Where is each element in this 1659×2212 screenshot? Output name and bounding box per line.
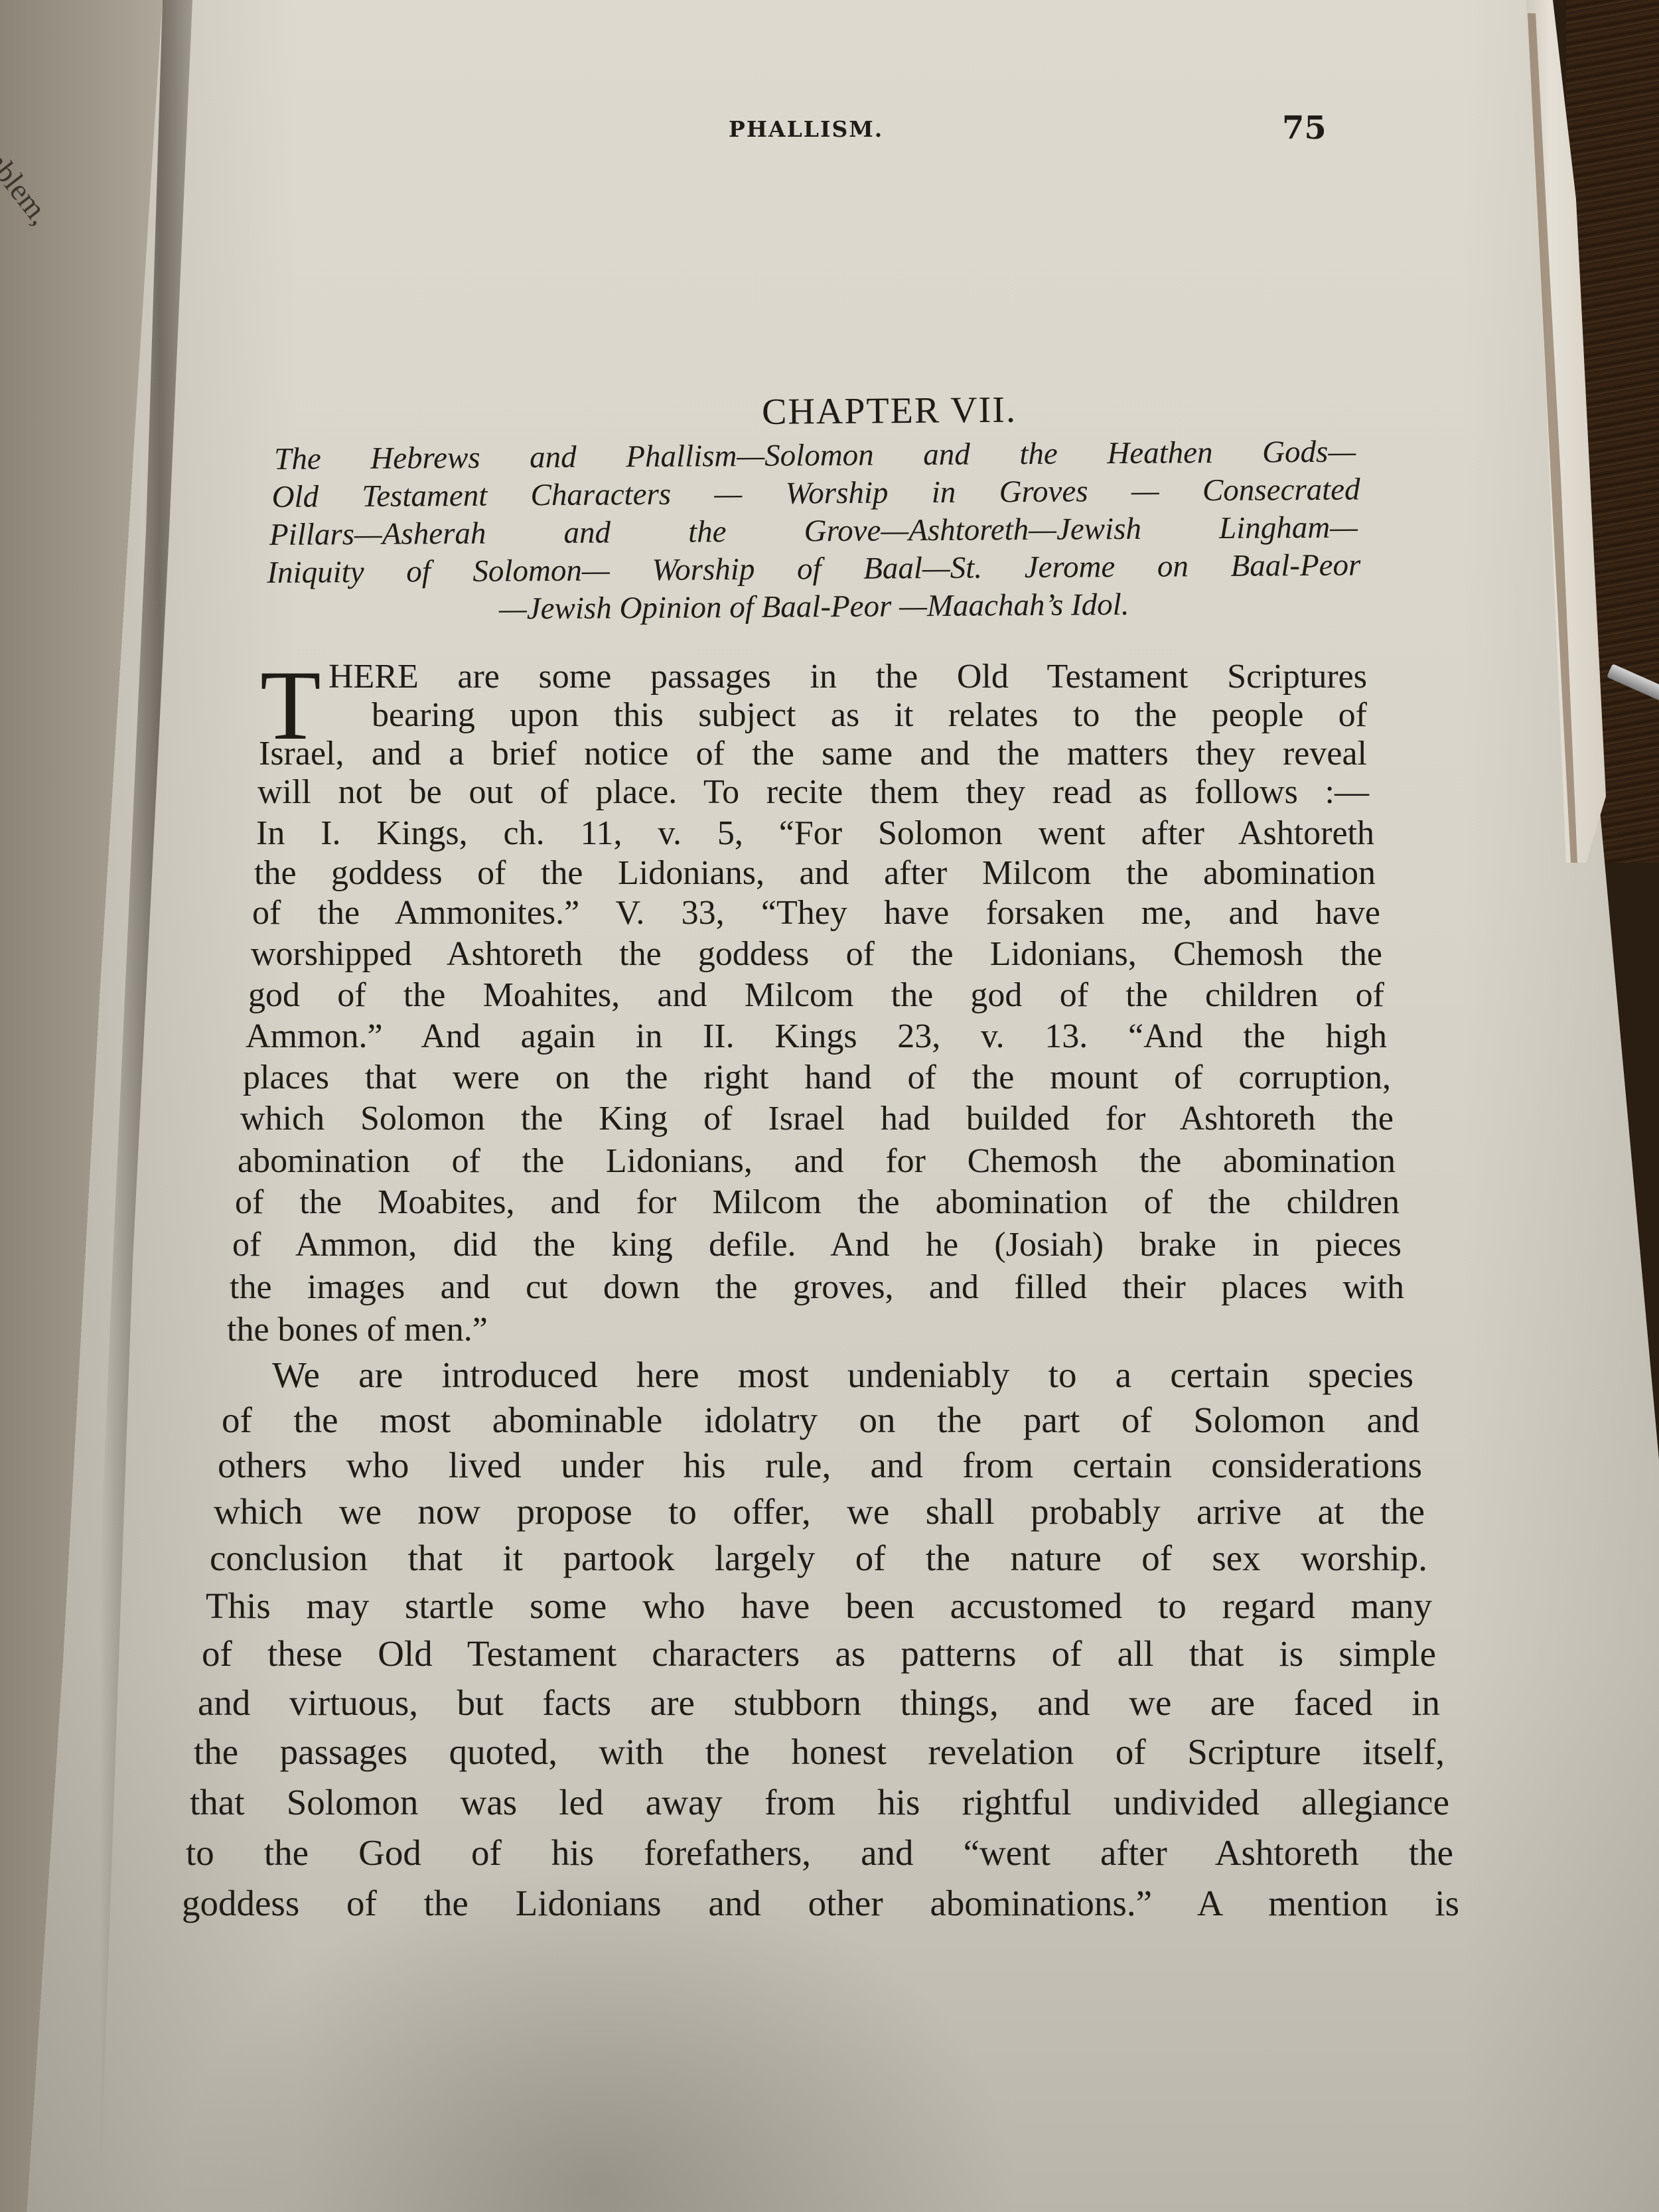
synopsis-line: —Jewish Opinion of Baal-Peor —Maachah’s … [270,585,1358,630]
page-text-block: PHALLISM. 75 CHAPTER VII. The Hebrews an… [0,0,1659,2212]
text-line: goddess of the Lidonians and other abomi… [182,1882,1459,1924]
text-line: god of the Moahites, and Milcom the god … [248,976,1384,1015]
text-line: which Solomon the King of Israel had bui… [240,1099,1394,1138]
page-number: 75 [1282,110,1327,147]
text-line: will not be out of place. To recite them… [257,773,1369,812]
text-line: of the Moabites, and for Milcom the abom… [235,1183,1400,1222]
text-line: abomination of the Lidonians, and for Ch… [238,1142,1396,1181]
text-line: places that were on the right hand of th… [243,1058,1391,1097]
chapter-synopsis: The Hebrews and Phallism—Solomon and the… [269,433,1358,630]
text-line: This may startle some who have been accu… [206,1585,1432,1627]
text-line: of Ammon, did the king defile. And he (J… [232,1225,1402,1264]
text-line: Ammon.” And again in II. Kings 23, v. 13… [246,1017,1387,1056]
text-line: which we now propose to offer, we shall … [214,1491,1425,1532]
text-line: to the God of his forefathers, and “went… [186,1832,1453,1874]
text-line: Israel, and a brief notice of the same a… [259,734,1367,773]
text-line: and virtuous, but facts are stubborn thi… [198,1682,1440,1724]
text-line: of the Ammonites.” V. 33, “They have for… [252,893,1380,932]
text-line: worshipped Ashtoreth the goddess of the … [251,934,1382,974]
text-line: In I. Kings, ch. 11, v. 5, “For Solomon … [256,814,1374,853]
text-line: of the most abominable idolatry on the p… [222,1399,1419,1441]
text-line: the bones of men.” [227,1310,488,1349]
text-line: the goddess of the Lidonians, and after … [254,853,1376,893]
synopsis-line: Iniquity of Solomon— Worship of Baal—St.… [267,547,1360,593]
text-line: the images and cut down the groves, and … [230,1268,1404,1307]
text-line: We are introduced here most undeniably t… [272,1354,1413,1396]
chapter-title: CHAPTER VII. [0,383,1659,440]
text-line: bearing upon this subject as it relates … [372,696,1367,735]
text-line: of these Old Testament characters as pat… [202,1633,1436,1674]
text-line: others who lived under his rule, and fro… [218,1444,1422,1486]
running-head: PHALLISM. [729,116,883,142]
text-line: HERE are some passages in the Old Testam… [328,657,1367,696]
text-line: the passages quoted, with the honest rev… [194,1731,1445,1773]
text-line: conclusion that it partook largely of th… [210,1537,1427,1579]
text-line: that Solomon was led away from his right… [190,1781,1449,1823]
